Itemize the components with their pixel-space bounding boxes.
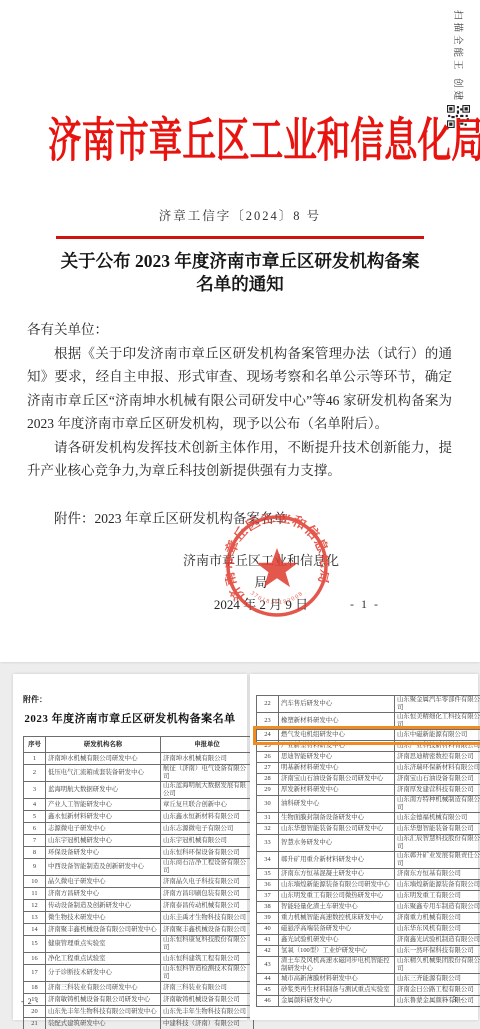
table-row: 14济南聚丰鑫机械设备有限公司研发中心济南聚丰鑫机械设备有限公司 [24, 924, 254, 936]
scanned-document: 扫描全能王 创建 济南市章丘区工业和信息化局文件 济章工信字〔2024〕8 号 … [0, 0, 480, 1029]
backup-list-table-right: 22汽车售后研发中心山东聚金属汽车零部件有限公司23橡塑新材料研发中心山东恒美精… [256, 695, 480, 1007]
attachment-table-title: 2023 年度济南市章丘区研发机构备案名单 [13, 710, 247, 726]
table-row: 20山东先丰年生物科技有限公司研发中心山东先丰年生物科技有限公司 [24, 1006, 254, 1018]
table-row: 40磁悬浮高端装备研发中心山东华东风机有限公司 [257, 924, 480, 935]
table-row: 45砂浆类再生材料制备与测试重点实验室济南金曰公路工程有限公司 [257, 985, 480, 996]
backup-list-table-left: 序号研发机构名称申报单位1济南坤水机械有限公司研发中心济南坤水机械有限公司2低压… [23, 736, 254, 1029]
table-row: 37山东明发重工有限公司微热研发中心山东明发重工有限公司 [257, 891, 480, 902]
attachment-label: 附件： [23, 694, 47, 705]
header-row: 序号研发机构名称申报单位 [24, 737, 254, 753]
table-row: 30油科研发中心山东南方特种机械制造有限公司 [257, 796, 480, 813]
document-number: 济章工信字〔2024〕8 号 [0, 206, 480, 224]
page-1: 扫描全能王 创建 济南市章丘区工业和信息化局文件 济章工信字〔2024〕8 号 … [0, 0, 480, 662]
table-row: 1济南坤水机械有限公司研发中心济南坤水机械有限公司 [24, 753, 254, 765]
table-row: 19济南敏铸机械设备有限公司研发中心济南敏铸机械设备有限公司 [24, 994, 254, 1006]
table-row: 44城市高新薄膜材料研发中心山东三齐能源有限公司 [257, 974, 480, 985]
seal-star [256, 548, 298, 587]
page-number-1: - 1 - [350, 597, 380, 612]
table-row: 42氢氧（100型）工业炉研发中心山东一然环保科技有限公司 [257, 946, 480, 957]
table-row: 6志源微电子研发中心山东志源微电子有限公司 [24, 823, 254, 835]
page-2: 附件： 2023 年度济南市章丘区研发机构备案名单 序号研发机构名称申报单位1济… [13, 674, 247, 1020]
table-row: 23橡塑新材料研发中心山东恒美精细化工科技有限公司 [257, 713, 480, 730]
camscanner-watermark: 扫描全能王 创建 [446, 10, 472, 128]
paragraph-2: 请各研发机构发挥技术创新主体作用，不断提升技术创新能力，提升产业核心竞争力,为章… [27, 436, 452, 483]
table-row: 36山东墙煌新能源装备有限公司研发中心山东墙煌新能源装备有限公司 [257, 880, 480, 891]
table-row: 22汽车售后研发中心山东聚金属汽车零部件有限公司 [257, 696, 480, 713]
document-title: 关于公布 2023 年度济南市章丘区研发机构备案 名单的通知 [28, 250, 452, 296]
table-row: 27明基新材料研发中心山东济瑞环保新材料有限公司 [257, 763, 480, 774]
table-row: 7山东宇冠机械研发中心山东宇冠机械有限公司 [24, 835, 254, 847]
official-red-seal: 济南市章丘区工业和信息化局 3701815182008 [225, 514, 329, 618]
highlighted-row: 24燃气发电机组研发中心山东中磁新能源有限公司 [257, 730, 480, 741]
table-row: 2低压电气汇流箱成套装备研发中心航征（济南）电气设备有限公司 [24, 765, 254, 782]
table-row: 29厚发新材料研发中心济南厚发建营科技有限公司 [257, 785, 480, 796]
document-red-header: 济南市章丘区工业和信息化局文件 [48, 116, 432, 168]
table-row: 32山东华想智能装备有限公司研发中心山东华想智能装备有限公司 [257, 824, 480, 835]
table-row: 41鑫光试验机研发中心济南鑫光试验机制造有限公司 [257, 935, 480, 946]
red-separator-rule [56, 236, 424, 239]
document-body: 各有关单位： 根据《关于印发济南市章丘区研发机构备案管理办法（试行）的通知》要求… [27, 318, 452, 530]
column-header: 序号 [24, 737, 46, 753]
table-row: 13微生物技术研发中心山东圭禹才生物科技有限公司 [24, 912, 254, 924]
table-row: 4产业人工智能研发中心章丘复旦联合创新中心 [24, 799, 254, 811]
table-row: 31生物面膜封制备设备研发中心山东金德福机械有限公司 [257, 813, 480, 824]
table-row: 15健康管理重点实验室山东恒科康复科技股份有限公司 [24, 936, 254, 953]
page-number-2: - 2 - [21, 997, 39, 1006]
table-row: 12传动设备制造及创新研发中心济南泰昌传动机械有限公司 [24, 900, 254, 912]
table-row: 18济南三科装业有限公司研发中心济南三科装业有限公司 [24, 982, 254, 994]
table-row: 25产业新型材料研发中心山东产业科技新材料有限公司 [257, 741, 480, 752]
camscanner-text: 扫描全能王 创建 [452, 10, 466, 103]
table-row: 21装配式建筑研发中心中建科技（济南）有限公司 [24, 1018, 254, 1029]
table-row: 11济南方昌研发中心济南方昌印刷包装有限公司 [24, 888, 254, 900]
table-row: 5鑫永恒新材料研发中心山东鑫永恒新材料有限公司 [24, 811, 254, 823]
paragraph-1: 根据《关于印发济南市章丘区研发机构备案管理办法（试行）的通知》要求，经自主申报、… [27, 342, 452, 436]
salutation: 各有关单位： [27, 318, 452, 342]
table-row: 16净化工程重点试验室山东恒科建筑工程有限公司 [24, 953, 254, 965]
table-row: 28济南宝山石油设备有限公司研发中心济南宝山石油设备有限公司 [257, 774, 480, 785]
table-row: 35济南东方恒基混凝土研发中心济南东方恒基有限公司 [257, 869, 480, 880]
page-number-3: - 3 - [446, 995, 464, 1004]
column-header: 研发机构名称 [46, 737, 161, 753]
page-3: 22汽车售后研发中心山东聚金属汽车零部件有限公司23橡塑新材料研发中心山东恒美精… [250, 674, 478, 1020]
table-row: 10晶久微电子研发中心济南晶久电子科技有限公司 [24, 876, 254, 888]
seal-code: 3701815182008 [249, 590, 305, 606]
table-row: 3蓝海明航大数据研发中心山东蓝海明航大数据发展有限公司 [24, 782, 254, 799]
table-row: 43渣土车及风机高速永磁同步电机智能控制研发中心山东精久机械集团股份有限公司 [257, 957, 480, 974]
table-row: 17分子诊断技术研发中心山东恒科智造检测技术有限公司 [24, 965, 254, 982]
svg-text:3701815182008: 3701815182008 [249, 590, 305, 606]
table-row: 8环保设备研发中心山东恒科环保设备有限公司 [24, 847, 254, 859]
table-row: 26思迪智能研发中心济南思迪精密数控有限公司 [257, 752, 480, 763]
table-row: 34鄣升矿用重介新材料研发中心山东鄣升矿业发展有限责任公司 [257, 852, 480, 869]
table-row: 9中西设备智能制造及创新研发中心山东商石洁净工程设备有限公司 [24, 859, 254, 876]
table-row: 38智能轻量化渣土车研发中心山东聚鑫专用车制造有限公司 [257, 902, 480, 913]
table-row: 39重力机械智能高速数控机床研发中心济南重力机械有限公司 [257, 913, 480, 924]
table-row: 33智慧水务研发中心山东汇辰智慧科技股份有限公司 [257, 835, 480, 852]
column-header: 申报单位 [161, 737, 254, 753]
